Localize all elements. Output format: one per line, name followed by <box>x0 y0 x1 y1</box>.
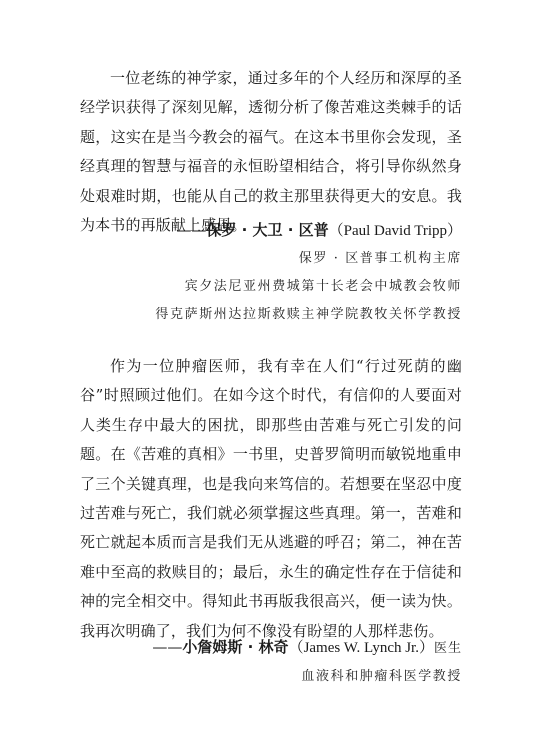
endorsement-credential: 得克萨斯州达拉斯救赎主神学院教牧关怀学教授 <box>22 305 462 325</box>
signature-name-en: （Paul David Tripp） <box>329 223 462 239</box>
endorsement-paragraph-1: 一位老练的神学家，通过多年的个人经历和深厚的圣经学识获得了深刻见解，透彻分析了像… <box>80 64 462 240</box>
signature-name-en: （James W. Lynch Jr.） <box>289 640 434 656</box>
signature-dash: —— <box>152 638 182 656</box>
signature-name-cn: 保罗 · 大卫 · 区普 <box>206 221 328 239</box>
endorsement-credential: 宾夕法尼亚州费城第十长老会中城教会牧师 <box>22 277 462 297</box>
endorsement-signature-2: ——小詹姆斯 · 林奇（James W. Lynch Jr.）医生 <box>42 637 462 659</box>
endorsement-paragraph-2: 作为一位肿瘤医师，我有幸在人们“行过死荫的幽谷”时照顾过他们。在如今这个时代，有… <box>80 352 462 646</box>
signature-name-cn: 小詹姆斯 · 林奇 <box>182 638 288 656</box>
signature-suffix: 医生 <box>434 641 462 656</box>
endorsement-credential: 保罗 · 区普事工机构主席 <box>22 249 462 269</box>
endorsement-signature-1: ——保罗 · 大卫 · 区普（Paul David Tripp） <box>42 220 462 242</box>
signature-dash: —— <box>176 221 206 239</box>
endorsement-credential: 血液科和肿瘤科医学教授 <box>22 667 462 687</box>
